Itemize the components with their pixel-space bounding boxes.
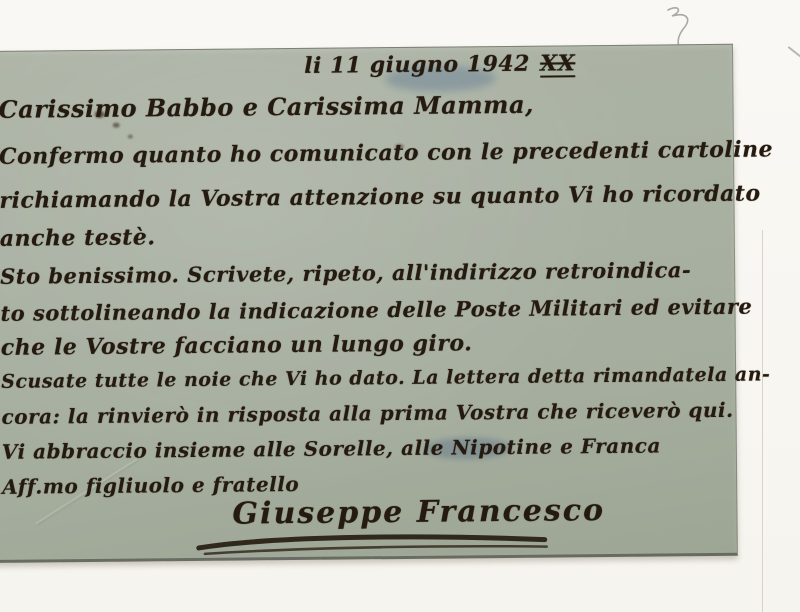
scanner-seam-line bbox=[762, 230, 763, 612]
closing-line: Aff.mo figliuolo e fratello bbox=[2, 474, 299, 497]
body-line-9: Vi abbraccio insieme alle Sorelle, alle … bbox=[2, 436, 661, 462]
ink-speck bbox=[113, 123, 120, 128]
date-text: li 11 giugno 1942 bbox=[304, 51, 530, 79]
postcard: li 11 giugno 1942 XX Carissimo Babbo e C… bbox=[0, 44, 738, 563]
body-line-5: to sottolineando la indicazione delle Po… bbox=[0, 296, 752, 324]
date-line: li 11 giugno 1942 XX bbox=[304, 52, 575, 80]
salutation-line: Carissimo Babbo e Carissima Mamma, bbox=[0, 93, 534, 122]
corner-pencil-mark bbox=[788, 46, 800, 60]
body-line-4: Sto benissimo. Scrivete, ripeto, all'ind… bbox=[0, 259, 691, 287]
body-line-1: Confermo quanto ho comunicato con le pre… bbox=[0, 138, 773, 167]
body-line-2: richiamando la Vostra attenzione su quan… bbox=[0, 183, 761, 212]
signature-flourish bbox=[195, 531, 555, 560]
fascist-era-numeral: XX bbox=[540, 52, 575, 77]
body-line-7: Scusate tutte le noie che Vi ho dato. La… bbox=[1, 365, 770, 391]
body-line-6: che le Vostre facciano un lungo giro. bbox=[1, 332, 473, 359]
body-line-3: anche testè. bbox=[0, 226, 156, 249]
body-line-8: cora: la rinvierò in risposta alla prima… bbox=[1, 400, 733, 427]
ink-speck bbox=[128, 135, 133, 139]
signature: Giuseppe Francesco bbox=[232, 496, 605, 530]
